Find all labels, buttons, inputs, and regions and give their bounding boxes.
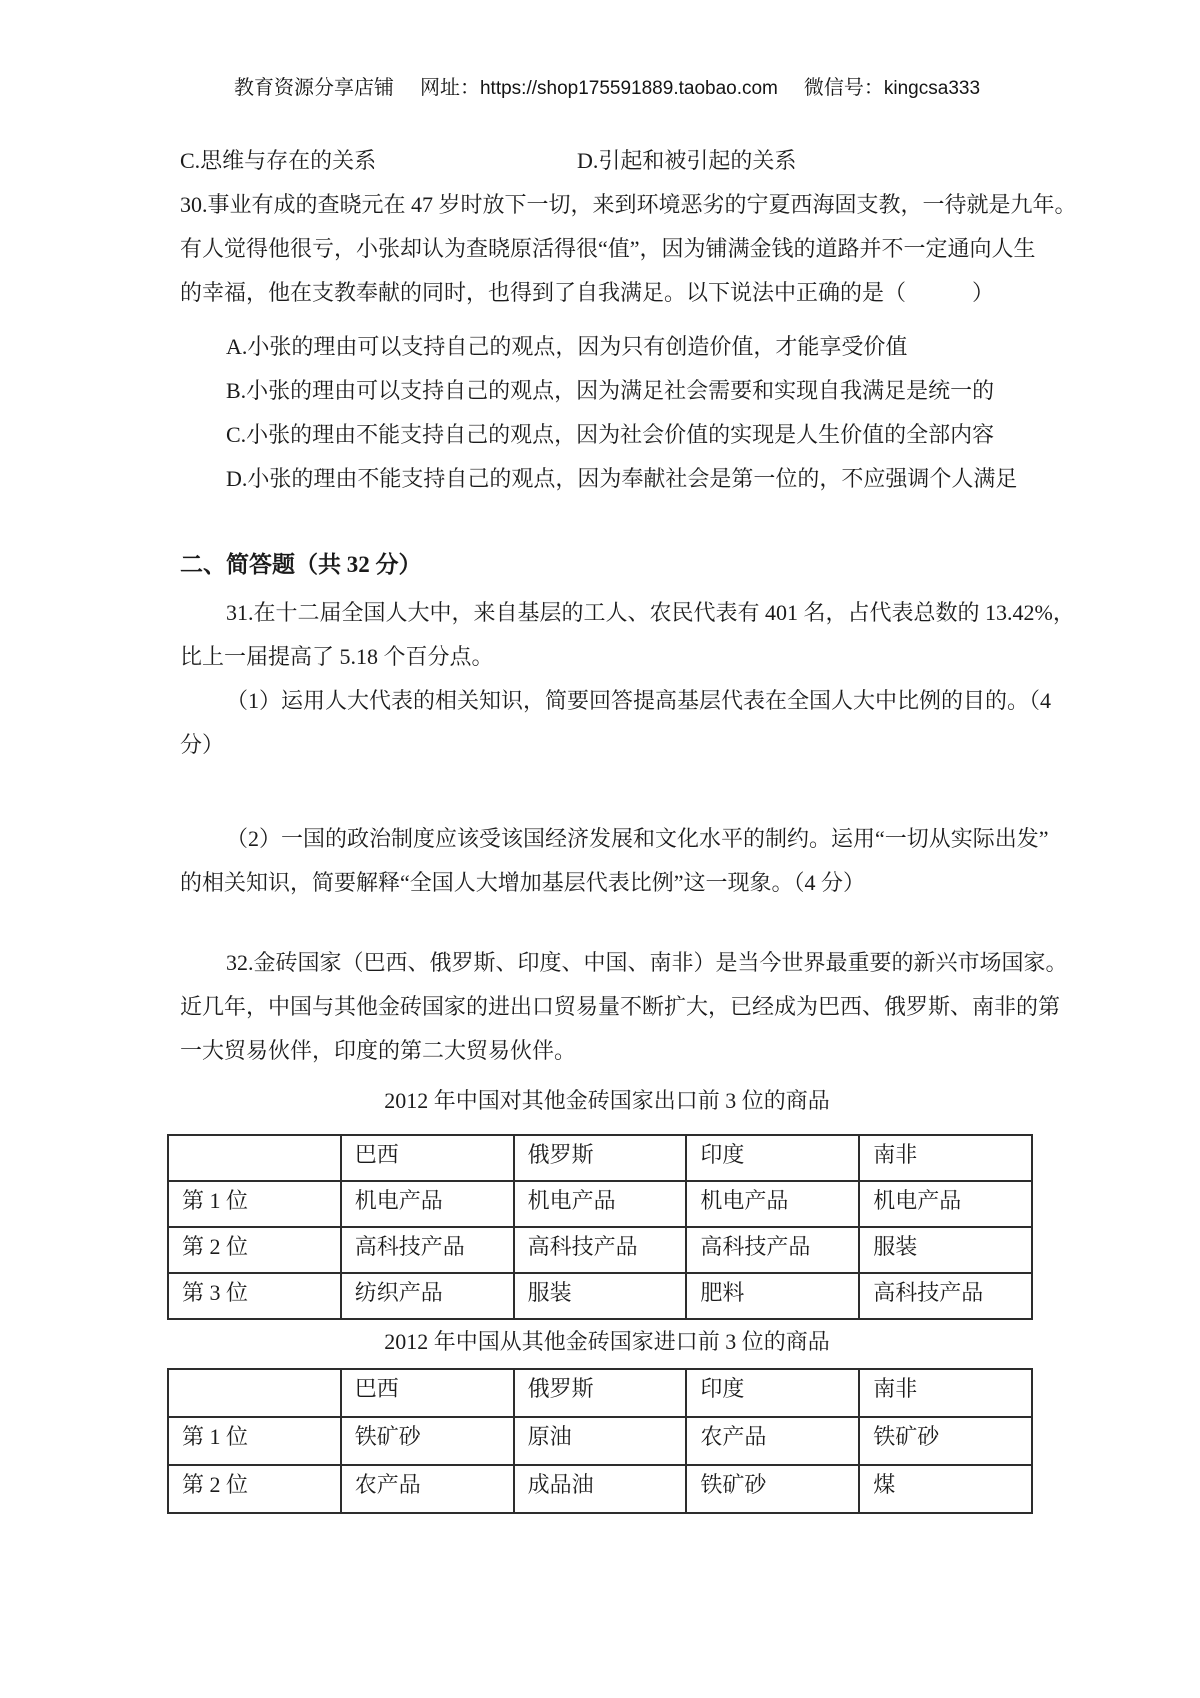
wechat-id: kingcsa333 — [884, 78, 980, 99]
q31-part1-line-1: （1）运用人大代表的相关知识，简要回答提高基层代表在全国人大中比例的目的。（4 — [180, 679, 1034, 723]
table-cell: 俄罗斯 — [514, 1135, 687, 1181]
q31-stem-line-2: 比上一届提高了 5.18 个百分点。 — [180, 635, 1034, 679]
section-2-title: 二、简答题（共 32 分） — [180, 543, 1034, 587]
table-cell: 服装 — [514, 1273, 687, 1319]
wechat-label: 微信号： — [804, 77, 884, 99]
table-cell: 农产品 — [341, 1465, 514, 1513]
table-cell: 机电产品 — [514, 1181, 687, 1227]
import-table: 巴西 俄罗斯 印度 南非 第 1 位 铁矿砂 原油 农产品 铁矿砂 第 2 位 … — [167, 1368, 1033, 1514]
table-cell: 第 1 位 — [168, 1181, 341, 1227]
q30-stem-line-1: 30.事业有成的查晓元在 47 岁时放下一切，来到环境恶劣的宁夏西海固支教，一待… — [180, 183, 1034, 227]
table-cell: 第 2 位 — [168, 1465, 341, 1513]
export-table-title: 2012 年中国对其他金砖国家出口前 3 位的商品 — [180, 1079, 1034, 1123]
table-cell: 印度 — [686, 1369, 859, 1417]
table-cell: 铁矿砂 — [341, 1417, 514, 1465]
q31-part2-line-2: 的相关知识，简要解释“全国人大增加基层代表比例”这一现象。（4 分） — [180, 861, 1034, 905]
export-table: 巴西 俄罗斯 印度 南非 第 1 位 机电产品 机电产品 机电产品 机电产品 第… — [167, 1134, 1033, 1320]
q29-option-d: D.引起和被引起的关系 — [577, 148, 796, 173]
table-cell: 煤 — [859, 1465, 1032, 1513]
table-cell — [168, 1369, 341, 1417]
table-cell: 巴西 — [341, 1369, 514, 1417]
q31-stem-line-1: 31.在十二届全国人大中，来自基层的工人、农民代表有 401 名，占代表总数的 … — [180, 591, 1034, 635]
q32-stem-line-2: 近几年，中国与其他金砖国家的进出口贸易量不断扩大，已经成为巴西、俄罗斯、南非的第 — [180, 985, 1034, 1029]
table-cell: 第 2 位 — [168, 1227, 341, 1273]
table-cell: 服装 — [859, 1227, 1032, 1273]
table-row: 第 1 位 机电产品 机电产品 机电产品 机电产品 — [168, 1181, 1032, 1227]
q31-part2-line-1: （2）一国的政治制度应该受该国经济发展和文化水平的制约。运用“一切从实际出发” — [180, 817, 1034, 861]
q32-stem-line-1: 32.金砖国家（巴西、俄罗斯、印度、中国、南非）是当今世界最重要的新兴市场国家。 — [180, 941, 1034, 985]
q30-option-b: B.小张的理由可以支持自己的观点，因为满足社会需要和实现自我满足是统一的 — [180, 369, 1034, 413]
table-cell: 肥料 — [686, 1273, 859, 1319]
q29-options-row: C.思维与存在的关系D.引起和被引起的关系 — [180, 139, 1034, 183]
table-cell: 高科技产品 — [514, 1227, 687, 1273]
q30-stem-line-3: 的幸福，他在支教奉献的同时，也得到了自我满足。以下说法中正确的是（ ） — [180, 271, 1034, 315]
table-cell: 高科技产品 — [341, 1227, 514, 1273]
table-row: 第 1 位 铁矿砂 原油 农产品 铁矿砂 — [168, 1417, 1032, 1465]
table-cell: 南非 — [859, 1369, 1032, 1417]
store-url: https://shop175591889.taobao.com — [480, 78, 778, 99]
table-cell: 机电产品 — [859, 1181, 1032, 1227]
q30-stem-line-2: 有人觉得他很亏，小张却认为查晓原活得很“值”，因为铺满金钱的道路并不一定通向人生 — [180, 227, 1034, 271]
table-cell: 高科技产品 — [859, 1273, 1032, 1319]
table-cell: 第 3 位 — [168, 1273, 341, 1319]
table-row: 第 2 位 高科技产品 高科技产品 高科技产品 服装 — [168, 1227, 1032, 1273]
q31-part1-line-2: 分） — [180, 723, 1034, 767]
site-label: 网址： — [420, 77, 480, 99]
store-name: 教育资源分享店铺 — [234, 77, 394, 99]
table-row: 第 2 位 农产品 成品油 铁矿砂 煤 — [168, 1465, 1032, 1513]
q29-option-c: C.思维与存在的关系 — [180, 139, 577, 183]
table-cell: 铁矿砂 — [686, 1465, 859, 1513]
table-row: 第 3 位 纺织产品 服装 肥料 高科技产品 — [168, 1273, 1032, 1319]
table-cell: 高科技产品 — [686, 1227, 859, 1273]
table-cell: 纺织产品 — [341, 1273, 514, 1319]
q30-option-d: D.小张的理由不能支持自己的观点，因为奉献社会是第一位的，不应强调个人满足 — [180, 457, 1034, 501]
table-row: 巴西 俄罗斯 印度 南非 — [168, 1369, 1032, 1417]
table-cell: 印度 — [686, 1135, 859, 1181]
table-cell: 农产品 — [686, 1417, 859, 1465]
q32-stem-line-3: 一大贸易伙伴，印度的第二大贸易伙伴。 — [180, 1029, 1034, 1073]
exam-document-page: 教育资源分享店铺网址：https://shop175591889.taobao.… — [0, 0, 1200, 1698]
table-row: 巴西 俄罗斯 印度 南非 — [168, 1135, 1032, 1181]
table-cell: 成品油 — [514, 1465, 687, 1513]
q30-option-a: A.小张的理由可以支持自己的观点，因为只有创造价值，才能享受价值 — [180, 325, 1034, 369]
import-table-title: 2012 年中国从其他金砖国家进口前 3 位的商品 — [180, 1320, 1034, 1364]
table-cell: 机电产品 — [341, 1181, 514, 1227]
table-cell — [168, 1135, 341, 1181]
table-cell: 南非 — [859, 1135, 1032, 1181]
q30-option-c: C.小张的理由不能支持自己的观点，因为社会价值的实现是人生价值的全部内容 — [180, 413, 1034, 457]
table-cell: 原油 — [514, 1417, 687, 1465]
page-header: 教育资源分享店铺网址：https://shop175591889.taobao.… — [180, 66, 1034, 111]
table-cell: 机电产品 — [686, 1181, 859, 1227]
table-cell: 俄罗斯 — [514, 1369, 687, 1417]
table-cell: 巴西 — [341, 1135, 514, 1181]
table-cell: 铁矿砂 — [859, 1417, 1032, 1465]
table-cell: 第 1 位 — [168, 1417, 341, 1465]
